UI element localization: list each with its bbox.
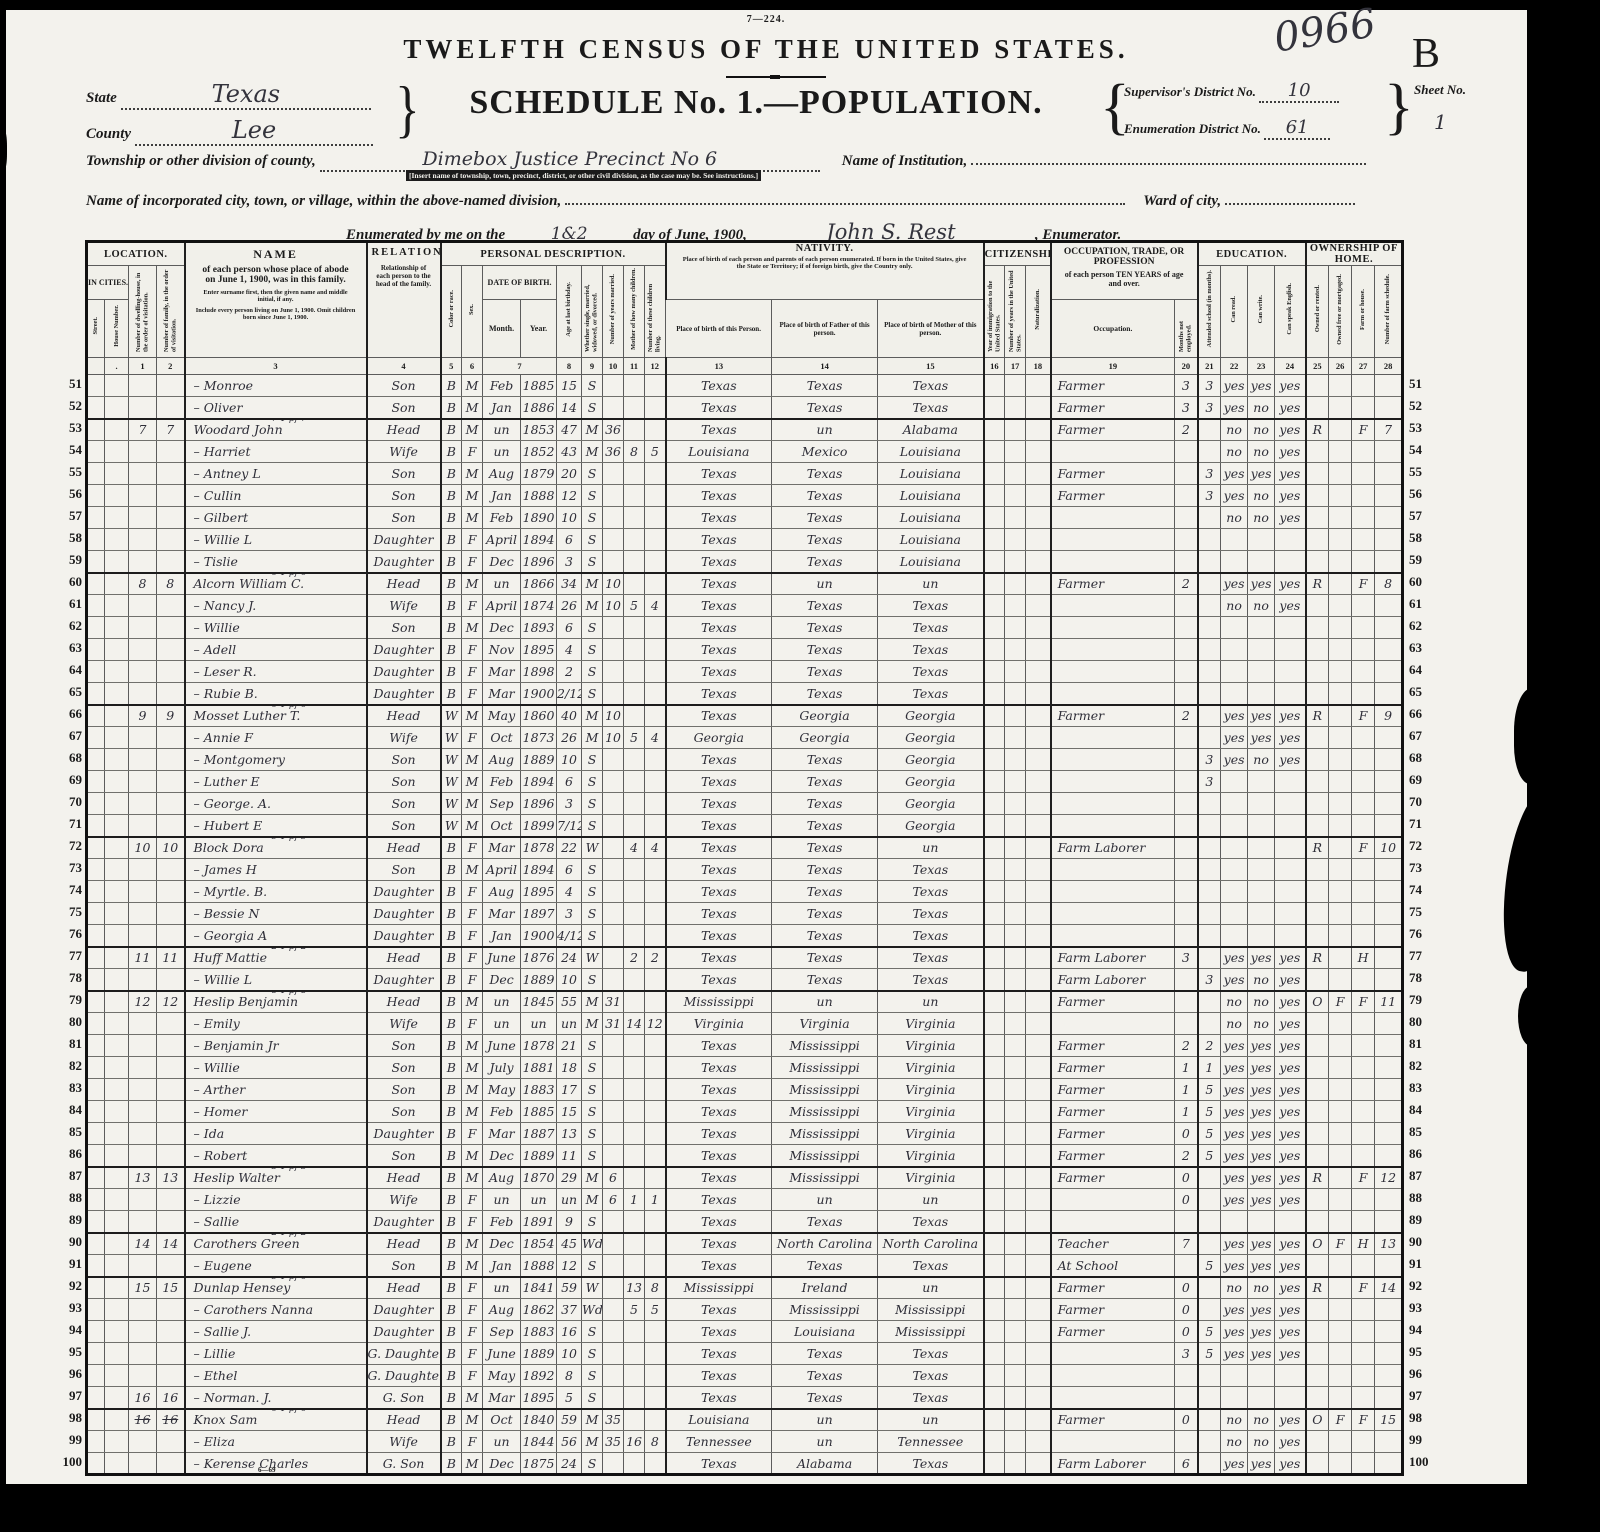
cell-months-not-employed: 1 [1175, 1101, 1198, 1123]
cell-farm-house [1352, 1431, 1375, 1453]
cell-attended-school [1198, 903, 1221, 925]
cell-occupation: Farmer [1051, 419, 1175, 441]
cell-occupation [1051, 771, 1175, 793]
cell-birth-month: June [483, 1343, 521, 1365]
cell-house-number [105, 859, 129, 881]
cell-immigration-year [984, 793, 1005, 815]
cell-children-living [645, 749, 666, 771]
cell-birthplace: Texas [666, 683, 772, 705]
cell-father-birthplace: Texas [772, 815, 878, 837]
cell-mother-of [624, 881, 645, 903]
cell-age: 2/12 [557, 683, 582, 705]
cell-sex: M [462, 1387, 483, 1409]
cell-name: – Lillie [185, 1343, 367, 1365]
cell-sex: F [462, 551, 483, 573]
line-number: 65 [46, 681, 82, 703]
line-number: 54 [46, 439, 82, 461]
cell-can-read [1221, 529, 1248, 551]
cell-children-living [645, 617, 666, 639]
cell-house-number [105, 463, 129, 485]
cell-birth-year: 1875 [521, 1453, 557, 1475]
cell-color: B [441, 661, 462, 683]
cell-relation: Son [367, 815, 441, 837]
cell-can-read [1221, 815, 1248, 837]
cell-street [87, 375, 105, 397]
cell-house-number [105, 1299, 129, 1321]
cell-age: 24 [557, 947, 582, 969]
cell-relation: Daughter [367, 551, 441, 573]
cell-mother-birthplace: Louisiana [878, 441, 984, 463]
cell-sex: M [462, 1079, 483, 1101]
cell-marital: M [582, 1409, 603, 1431]
cell-years-married [603, 947, 624, 969]
cell-marital: S [582, 969, 603, 991]
cell-birthplace: Texas [666, 639, 772, 661]
cell-occupation [1051, 793, 1175, 815]
cell-marital: M [582, 1431, 603, 1453]
cell-children-living [645, 881, 666, 903]
relation-annotation: 5C [424, 419, 437, 423]
sheet-letter: B [1412, 30, 1440, 78]
cell-can-read: yes [1221, 1189, 1248, 1211]
cell-father-birthplace: Texas [772, 1387, 878, 1409]
cell-age: 14 [557, 397, 582, 419]
cell-immigration-year [984, 1299, 1005, 1321]
cell-street [87, 1321, 105, 1343]
cell-dwelling-number [129, 1211, 157, 1233]
cell-relation: 5CHead [367, 419, 441, 441]
cell-color: B [441, 595, 462, 617]
cell-dwelling-number [129, 639, 157, 661]
line-number: 86 [46, 1143, 82, 1165]
cell-birth-year: 1862 [521, 1299, 557, 1321]
cell-father-birthplace: Texas [772, 617, 878, 639]
cell-dwelling-number: 12 [129, 991, 157, 1013]
cell-years-in-us [1005, 969, 1026, 991]
cell-dwelling-number: 16 [129, 1409, 157, 1431]
cell-father-birthplace: un [772, 1431, 878, 1453]
cell-dwelling-number [129, 1321, 157, 1343]
cell-family-number [157, 793, 185, 815]
cell-marital: S [582, 1255, 603, 1277]
cell-naturalization [1026, 1123, 1051, 1145]
cell-family-number [157, 881, 185, 903]
cell-owned-rented [1306, 1365, 1329, 1387]
cell-relation: Wife [367, 1013, 441, 1035]
cell-family-number [157, 1255, 185, 1277]
cell-father-birthplace: Texas [772, 1255, 878, 1277]
cell-years-in-us [1005, 815, 1026, 837]
cell-can-write [1248, 529, 1275, 551]
cell-birth-month: Feb [483, 1211, 521, 1233]
line-number: 74 [1409, 879, 1445, 901]
cell-can-write: yes [1248, 1167, 1275, 1189]
cell-dwelling-number [129, 1431, 157, 1453]
cell-birth-month: Dec [483, 1453, 521, 1475]
cell-relation: Daughter [367, 925, 441, 947]
line-number: 85 [1409, 1121, 1445, 1143]
cell-owned-free [1329, 1101, 1352, 1123]
cell-can-write [1248, 1211, 1275, 1233]
township-value: Dimebox Justice Precinct No 6 [422, 148, 717, 170]
cell-farm-schedule [1375, 463, 1403, 485]
cell-marital: S [582, 529, 603, 551]
cell-naturalization [1026, 1145, 1051, 1167]
cell-color: B [441, 1167, 462, 1189]
person-row: – Ida Daughter B F Mar 1887 13 S Texas [87, 1123, 1403, 1145]
cell-relation: Daughter [367, 903, 441, 925]
cell-birth-month: Dec [483, 969, 521, 991]
cell-children-living [645, 771, 666, 793]
cell-owned-rented [1306, 1035, 1329, 1057]
person-row: 8 8 6-1 pf 6Alcorn William C. 4CHead B M… [87, 573, 1403, 595]
cell-months-not-employed: 0 [1175, 1189, 1198, 1211]
cell-months-not-employed [1175, 507, 1198, 529]
cell-mother-of [624, 1035, 645, 1057]
cell-dwelling-number [129, 661, 157, 683]
table-body: – Monroe Son B M Feb 1885 15 S Texas [87, 375, 1403, 1475]
cell-age: 6 [557, 617, 582, 639]
cell-sex: F [462, 639, 483, 661]
line-number: 57 [46, 505, 82, 527]
city-line: Name of incorporated city, town, or vill… [86, 192, 1506, 210]
cell-marital: M [582, 441, 603, 463]
cell-owned-free [1329, 419, 1352, 441]
cell-months-not-employed: 1 [1175, 1079, 1198, 1101]
cell-children-living [645, 573, 666, 595]
cell-family-number [157, 551, 185, 573]
cell-children-living [645, 1387, 666, 1409]
cell-relation: Son [367, 1145, 441, 1167]
cell-children-living [645, 1343, 666, 1365]
cell-can-write [1248, 837, 1275, 859]
line-number: 83 [1409, 1077, 1445, 1099]
cell-family-number: 13 [157, 1167, 185, 1189]
line-number: 53 [1409, 417, 1445, 439]
cell-name: – Montgomery [185, 749, 367, 771]
line-number: 71 [46, 813, 82, 835]
cell-birth-month: May [483, 1365, 521, 1387]
cell-father-birthplace: Texas [772, 793, 878, 815]
col-marital: Whether single, married, widowed, or div… [582, 266, 603, 358]
cell-father-birthplace: Texas [772, 1365, 878, 1387]
cell-years-in-us [1005, 1453, 1026, 1475]
cell-children-living [645, 375, 666, 397]
cell-can-read [1221, 1365, 1248, 1387]
ward-label: Ward of city, [1143, 193, 1221, 209]
cell-can-read [1221, 903, 1248, 925]
cell-naturalization [1026, 925, 1051, 947]
cell-birthplace: Texas [666, 1365, 772, 1387]
cell-age: 6 [557, 771, 582, 793]
line-number: 83 [46, 1077, 82, 1099]
person-row: – Willie L Daughter B F Dec 1889 10 S Te… [87, 969, 1403, 991]
cell-name: – Harriet [185, 441, 367, 463]
population-table: LOCATION. NAME of each person whose plac… [85, 240, 1404, 1476]
cell-color: B [441, 991, 462, 1013]
line-number: 63 [1409, 637, 1445, 659]
cell-owned-free [1329, 1167, 1352, 1189]
col-attended-school: Attended school (in months). [1198, 266, 1221, 358]
cell-mother-birthplace: un [878, 573, 984, 595]
cell-age: 10 [557, 749, 582, 771]
cell-house-number [105, 595, 129, 617]
cell-birth-month: Mar [483, 903, 521, 925]
cell-family-number: 10 [157, 837, 185, 859]
person-row: – Willie L Daughter B F April 1894 6 S T… [87, 529, 1403, 551]
cell-name: – Norman. J. [185, 1387, 367, 1409]
cell-birth-month: un [483, 1189, 521, 1211]
cell-mother-of [624, 925, 645, 947]
cell-relation: Son [367, 375, 441, 397]
cell-can-write: no [1248, 397, 1275, 419]
cell-birth-year: 1895 [521, 881, 557, 903]
person-row: – Carothers Nanna Daughter B F Aug 1862 … [87, 1299, 1403, 1321]
cell-farm-schedule: 9 [1375, 705, 1403, 727]
county-line: County Lee [86, 116, 373, 146]
cell-can-speak: yes [1275, 749, 1306, 771]
cell-color: B [441, 1343, 462, 1365]
cell-birth-month: Sep [483, 793, 521, 815]
cell-sex: M [462, 1453, 483, 1475]
cell-birth-month: Jan [483, 485, 521, 507]
line-number: 76 [46, 923, 82, 945]
cell-can-speak: yes [1275, 1189, 1306, 1211]
cell-father-birthplace: North Carolina [772, 1233, 878, 1255]
cell-family-number [157, 815, 185, 837]
cell-occupation [1051, 1211, 1175, 1233]
cell-years-married [603, 1233, 624, 1255]
cell-farm-schedule [1375, 903, 1403, 925]
cell-color: B [441, 375, 462, 397]
cell-farm-schedule [1375, 485, 1403, 507]
cell-attended-school: 5 [1198, 1255, 1221, 1277]
cell-occupation: Farmer [1051, 485, 1175, 507]
cell-name: – Antney L [185, 463, 367, 485]
cell-owned-free [1329, 551, 1352, 573]
cell-dwelling-number [129, 1079, 157, 1101]
cell-years-married [603, 881, 624, 903]
cell-birthplace: Texas [666, 419, 772, 441]
cell-farm-house: F [1352, 573, 1375, 595]
cell-color: B [441, 551, 462, 573]
cell-months-not-employed [1175, 485, 1198, 507]
cell-birthplace: Texas [666, 749, 772, 771]
cell-family-number: 8 [157, 573, 185, 595]
col-sex: Sex. [462, 266, 483, 358]
cell-dwelling-number: 14 [129, 1233, 157, 1255]
person-row: – Adell Daughter B F Nov 1895 4 S Texas [87, 639, 1403, 661]
cell-street [87, 1189, 105, 1211]
cell-naturalization [1026, 1035, 1051, 1057]
cell-immigration-year [984, 1453, 1005, 1475]
cell-farm-house [1352, 771, 1375, 793]
cell-farm-schedule [1375, 661, 1403, 683]
cell-naturalization [1026, 683, 1051, 705]
cell-birth-year: 1889 [521, 969, 557, 991]
cell-birthplace: Louisiana [666, 1409, 772, 1431]
cell-street [87, 1255, 105, 1277]
cell-mother-birthplace: Virginia [878, 1123, 984, 1145]
relation-annotation: 2C2R [411, 1409, 436, 1413]
cell-naturalization [1026, 1013, 1051, 1035]
cell-relation: Daughter [367, 1123, 441, 1145]
line-number: 93 [46, 1297, 82, 1319]
cell-birth-month: May [483, 705, 521, 727]
cell-age: 4 [557, 639, 582, 661]
cell-naturalization [1026, 727, 1051, 749]
cell-immigration-year [984, 947, 1005, 969]
cell-months-not-employed [1175, 837, 1198, 859]
township-line: Township or other division of county, Di… [86, 148, 1506, 172]
line-number: 71 [1409, 813, 1445, 835]
tally-annotation: 5-1 pf 6 [272, 1277, 307, 1282]
cell-years-in-us [1005, 617, 1026, 639]
cell-occupation: Farmer [1051, 463, 1175, 485]
line-number: 81 [1409, 1033, 1445, 1055]
cell-years-in-us [1005, 1057, 1026, 1079]
cell-can-speak: yes [1275, 1453, 1306, 1475]
cell-mother-of [624, 419, 645, 441]
cell-years-in-us [1005, 1233, 1026, 1255]
cell-street [87, 969, 105, 991]
person-row: – Annie F Wife W F Oct 1873 26 M 10 5 4 … [87, 727, 1403, 749]
cell-name: – Oliver [185, 397, 367, 419]
cell-owned-free [1329, 793, 1352, 815]
cell-can-speak [1275, 551, 1306, 573]
line-number: 82 [46, 1055, 82, 1077]
cell-age: 9 [557, 1211, 582, 1233]
cell-farm-house [1352, 1057, 1375, 1079]
cell-farm-house [1352, 1255, 1375, 1277]
cell-years-married [603, 551, 624, 573]
cell-sex: M [462, 485, 483, 507]
cell-dwelling-number [129, 1123, 157, 1145]
cell-street [87, 749, 105, 771]
cell-occupation [1051, 529, 1175, 551]
cell-months-not-employed [1175, 925, 1198, 947]
cell-mother-of: 14 [624, 1013, 645, 1035]
cell-birth-month: Jan [483, 1255, 521, 1277]
cell-family-number: 14 [157, 1233, 185, 1255]
cell-street [87, 683, 105, 705]
cell-age: 18 [557, 1057, 582, 1079]
cell-family-number [157, 1321, 185, 1343]
cell-mother-birthplace: Tennessee [878, 1431, 984, 1453]
cell-farm-house [1352, 529, 1375, 551]
cell-family-number [157, 617, 185, 639]
cell-years-in-us [1005, 1189, 1026, 1211]
cell-mother-of [624, 1387, 645, 1409]
cell-immigration-year [984, 749, 1005, 771]
cell-can-speak: yes [1275, 595, 1306, 617]
cell-age: 55 [557, 991, 582, 1013]
cell-marital: S [582, 749, 603, 771]
cell-mother-of [624, 485, 645, 507]
line-number: 82 [1409, 1055, 1445, 1077]
cell-can-write: no [1248, 1277, 1275, 1299]
cell-marital: S [582, 1123, 603, 1145]
cell-farm-house [1352, 1035, 1375, 1057]
handwritten-stamp: 0966 [1271, 0, 1379, 61]
cell-owned-rented [1306, 815, 1329, 837]
cell-months-not-employed [1175, 815, 1198, 837]
cell-mother-birthplace: Virginia [878, 1035, 984, 1057]
line-number: 91 [1409, 1253, 1445, 1275]
cell-marital: M [582, 1013, 603, 1035]
cell-can-speak [1275, 1387, 1306, 1409]
cell-birth-year: 1870 [521, 1167, 557, 1189]
cell-immigration-year [984, 1255, 1005, 1277]
cell-birth-year: 1897 [521, 903, 557, 925]
cell-birthplace: Texas [666, 1167, 772, 1189]
cell-dwelling-number [129, 925, 157, 947]
line-number: 69 [46, 769, 82, 791]
line-number: 55 [46, 461, 82, 483]
cell-children-living [645, 1233, 666, 1255]
cell-attended-school [1198, 837, 1221, 859]
cell-marital: M [582, 419, 603, 441]
cell-house-number [105, 969, 129, 991]
cell-mother-birthplace: Georgia [878, 815, 984, 837]
cell-relation: Son [367, 617, 441, 639]
cell-marital: S [582, 661, 603, 683]
cell-years-married [603, 485, 624, 507]
cell-years-married: 10 [603, 727, 624, 749]
person-row: – Homer Son B M Feb 1885 15 S Texas [87, 1101, 1403, 1123]
col-birthplace-mother: Place of birth of Mother of this person. [878, 300, 984, 358]
col-date-of-birth: DATE OF BIRTH. [483, 266, 557, 300]
cell-owned-free [1329, 1211, 1352, 1233]
cell-children-living [645, 705, 666, 727]
cell-family-number [157, 595, 185, 617]
cell-children-living [645, 925, 666, 947]
cell-children-living [645, 1035, 666, 1057]
cell-street [87, 397, 105, 419]
line-number: 88 [46, 1187, 82, 1209]
cell-attended-school [1198, 661, 1221, 683]
cell-sex: F [462, 595, 483, 617]
cell-occupation [1051, 903, 1175, 925]
line-number: 85 [46, 1121, 82, 1143]
cell-can-speak [1275, 903, 1306, 925]
cell-farm-house [1352, 859, 1375, 881]
line-number: 72 [46, 835, 82, 857]
line-number: 56 [46, 483, 82, 505]
cell-mother-of [624, 463, 645, 485]
cell-sex: F [462, 1365, 483, 1387]
cell-farm-house [1352, 881, 1375, 903]
cell-months-not-employed: 2 [1175, 419, 1198, 441]
cell-months-not-employed [1175, 1211, 1198, 1233]
cell-birthplace: Texas [666, 661, 772, 683]
cell-occupation: Farmer [1051, 375, 1175, 397]
cell-owned-free [1329, 727, 1352, 749]
cell-mother-birthplace: Louisiana [878, 463, 984, 485]
person-row: 7 7 7-1 pf 7Woodard John 5CHead B M un 1… [87, 419, 1403, 441]
cell-years-married: 36 [603, 441, 624, 463]
person-row: – Sallie J. Daughter B F Sep 1883 16 S T… [87, 1321, 1403, 1343]
cell-relation: G. Son [367, 1453, 441, 1475]
cell-can-read [1221, 1387, 1248, 1409]
person-row: – Eliza Wife B F un 1844 56 M 35 16 8 Te… [87, 1431, 1403, 1453]
cell-birth-year: 1889 [521, 749, 557, 771]
tally-annotation: 2-1 pf 2 [272, 1233, 307, 1238]
cell-family-number [157, 1431, 185, 1453]
cell-farm-schedule [1375, 793, 1403, 815]
cell-children-living: 12 [645, 1013, 666, 1035]
cell-owned-free [1329, 683, 1352, 705]
